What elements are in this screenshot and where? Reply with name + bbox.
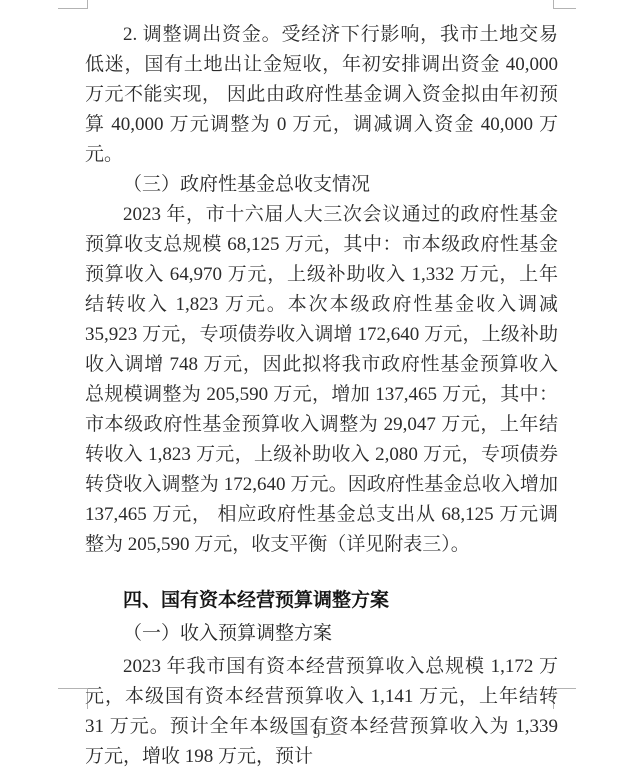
heading-state-capital-budget-plan: 四、国有资本经营预算调整方案: [85, 586, 558, 616]
paragraph-gov-fund-budget-details: 2023 年，市十六届人大三次会议通过的政府性基金预算收支总规模 68,125 …: [85, 200, 558, 560]
text-boundary-mark-bottom-left: [58, 688, 88, 709]
text-boundary-mark-top-right: [553, 0, 576, 9]
paragraph-state-capital-revenue: 2023 年我市国有资本经营预算收入总规模 1,172 万元，本级国有资本经营预…: [85, 652, 558, 771]
document-page: 2. 调整调出资金。受经济下行影响，我市土地交易低迷，国有土地出让金短收，年初安…: [0, 0, 634, 771]
paragraph-transfer-out-adjustment: 2. 调整调出资金。受经济下行影响，我市土地交易低迷，国有土地出让金短收，年初安…: [85, 20, 558, 170]
page-number: — 9 —: [0, 726, 634, 743]
heading-revenue-adjustment-plan: （一）收入预算调整方案: [85, 619, 558, 649]
text-boundary-mark-top-left: [58, 0, 88, 9]
heading-gov-fund-total-balance: （三）政府性基金总收支情况: [85, 170, 558, 200]
document-body: 2. 调整调出资金。受经济下行影响，我市土地交易低迷，国有土地出让金短收，年初安…: [85, 20, 558, 771]
